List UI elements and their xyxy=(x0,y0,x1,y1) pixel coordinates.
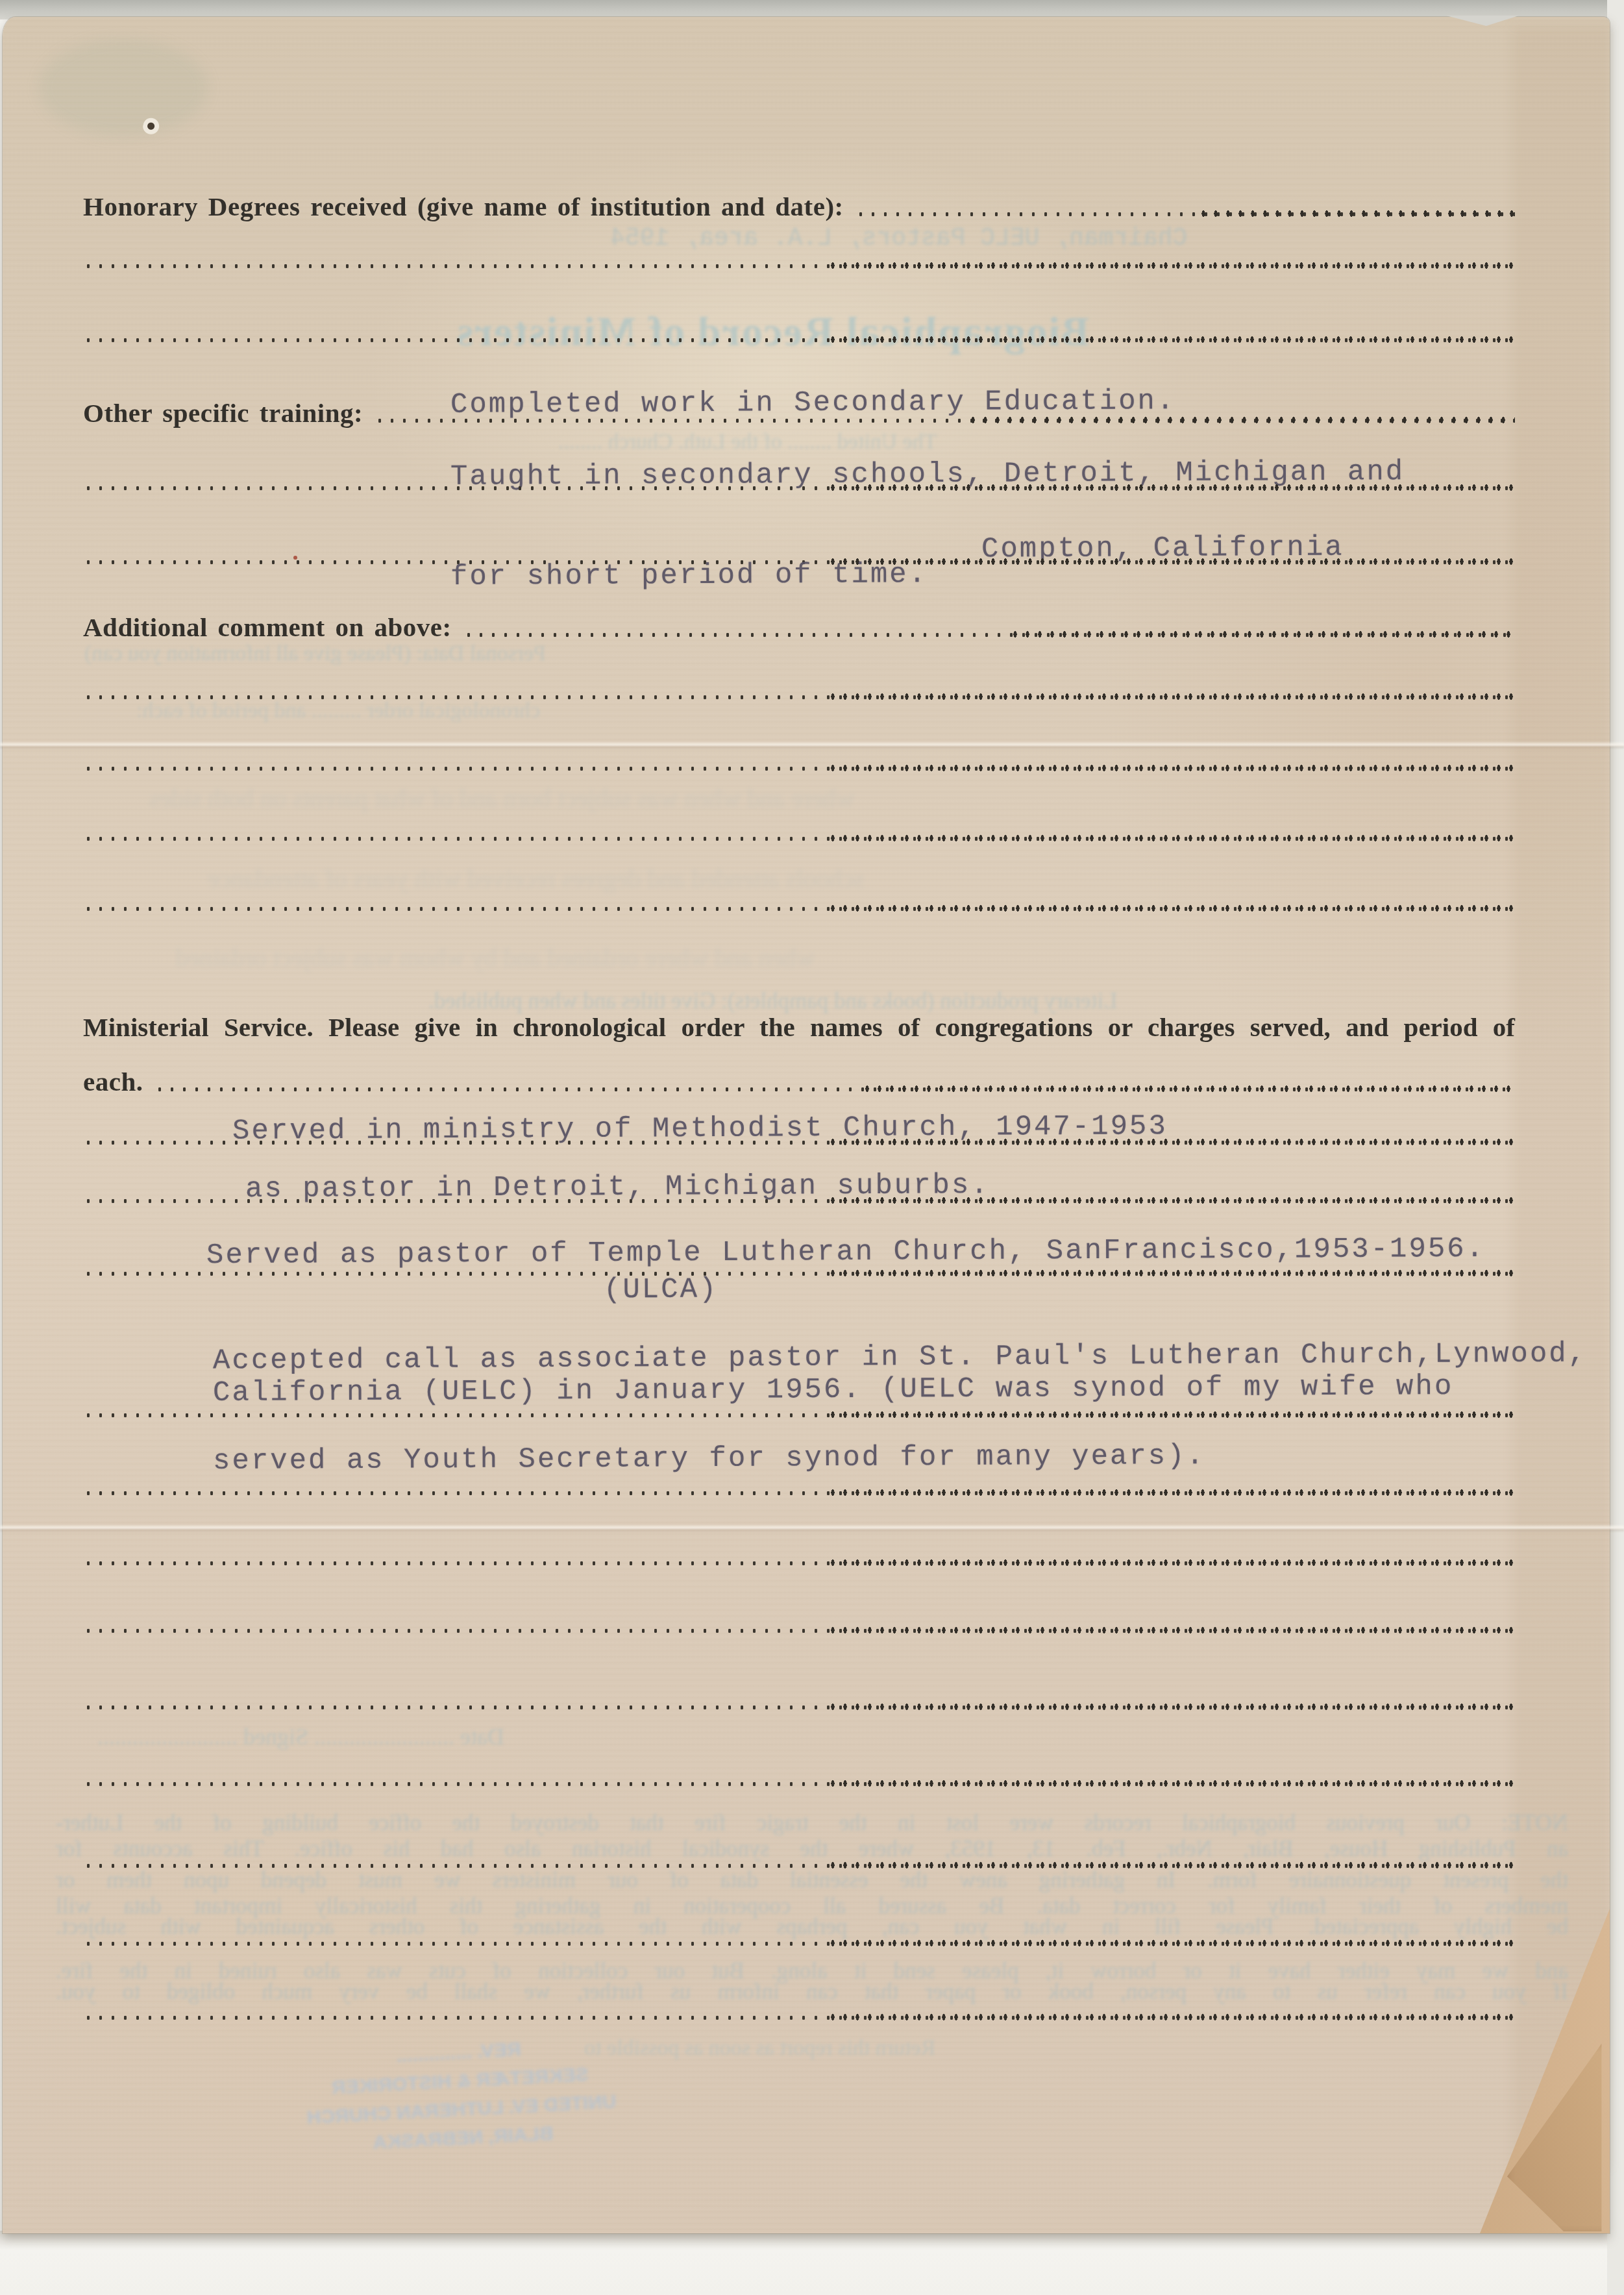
fill-in-dotted-line xyxy=(83,692,1515,702)
bleedthrough-chairman-line: Chairman, UELC Pastors, L.A. area, 1954 xyxy=(610,225,1187,253)
scanner-bed-bottom xyxy=(0,2231,1624,2295)
honorary-degrees-field: Honorary Degrees received (give name of … xyxy=(83,191,1515,222)
fill-in-dotted-line xyxy=(83,261,1515,271)
ministerial-service-instructions: Ministerial Service. Please give in chro… xyxy=(83,1011,1515,1043)
bleedthrough-illegible: when and where ordained and by whom was … xyxy=(175,943,815,973)
fill-in-dotted-line xyxy=(463,630,1515,640)
fill-in-dotted-line xyxy=(83,483,1515,493)
fill-in-dotted-line xyxy=(83,1626,1515,1636)
fold-crease xyxy=(0,1524,1624,1532)
bleedthrough-note-line: be highly appreciated. Please fill in wh… xyxy=(56,1914,1568,1940)
fill-in-dotted-line xyxy=(83,335,1515,345)
bleedthrough-illegible: where and when was subject born and of w… xyxy=(149,783,854,813)
fold-crease xyxy=(0,741,1624,749)
bleedthrough-note-line: NOTE: Our previous biographical records … xyxy=(56,1810,1568,1836)
bleedthrough-line: The United ........ of the Luth. Church … xyxy=(558,430,937,454)
fill-in-dotted-line xyxy=(83,763,1515,774)
bleedthrough-note-line: If you can refer us to any person, book … xyxy=(56,1979,1568,2005)
typed-answer: (ULCA) xyxy=(604,1274,719,1307)
scanned-document: Chairman, UELC Pastors, L.A. area, 1954 … xyxy=(0,0,1624,2295)
fill-in-dotted-line xyxy=(83,1939,1515,1949)
paper-hole xyxy=(143,117,161,139)
ministerial-service-field: each. xyxy=(83,1066,1515,1097)
fill-in-dotted-line xyxy=(83,1410,1515,1420)
bleedthrough-date-signed-line: Date ........................ Signed ...… xyxy=(97,1723,504,1750)
bleedthrough-illegible: schools attended and degrees received wi… xyxy=(208,863,864,894)
fill-in-dotted-line xyxy=(83,1196,1515,1206)
fill-in-dotted-line xyxy=(83,1488,1515,1498)
bleedthrough-literary-line: Literary production (books and pamphlets… xyxy=(428,988,1117,1014)
bleedthrough-line: Personal Data: (Please give all informat… xyxy=(84,641,546,666)
fill-in-dotted-line xyxy=(83,2013,1515,2023)
additional-comment-field: Additional comment on above: xyxy=(83,612,1515,643)
fill-in-dotted-line xyxy=(855,209,1515,219)
ministerial-service-heading: Ministerial Service. xyxy=(83,1012,314,1042)
typed-answer: Completed work in Secondary Education. xyxy=(450,385,1176,421)
fill-in-dotted-line xyxy=(83,1137,1515,1148)
fill-in-dotted-line xyxy=(83,1269,1515,1279)
fill-in-dotted-line xyxy=(83,1702,1515,1713)
additional-comment-label: Additional comment on above: xyxy=(83,612,452,643)
typed-answer: Served as pastor of Temple Lutheran Chur… xyxy=(206,1233,1485,1272)
fill-in-dotted-line xyxy=(83,834,1515,844)
ministerial-each-label: each. xyxy=(83,1066,143,1097)
other-training-label: Other specific training: xyxy=(83,397,363,428)
fill-in-dotted-line xyxy=(83,1558,1515,1569)
fill-in-dotted-line xyxy=(83,904,1515,914)
bleedthrough-note-line: the present questionnaire form. In gathe… xyxy=(56,1867,1568,1893)
bleedthrough-note-line: an Publishing House, Blair, Nebr., Feb. … xyxy=(56,1836,1568,1862)
bleedthrough-stamp: REV. .............. SEKRETÆR & HISTORIKE… xyxy=(277,2029,645,2162)
honorary-degrees-label: Honorary Degrees received (give name of … xyxy=(83,191,844,222)
fill-in-dotted-line xyxy=(154,1084,1515,1095)
fill-in-dotted-line xyxy=(83,1779,1515,1789)
ministerial-service-instructions-text: Please give in chronological order the n… xyxy=(314,1012,1515,1042)
typed-answer: served as Youth Secretary for synod for … xyxy=(213,1440,1205,1478)
bleedthrough-heading: Biographical Record of Ministers xyxy=(363,308,1181,356)
typed-answer: for short period of time. xyxy=(450,558,928,593)
typed-answer: California (UELC) in January 1956. (UELC… xyxy=(213,1371,1454,1409)
paper-tinge xyxy=(39,39,208,136)
